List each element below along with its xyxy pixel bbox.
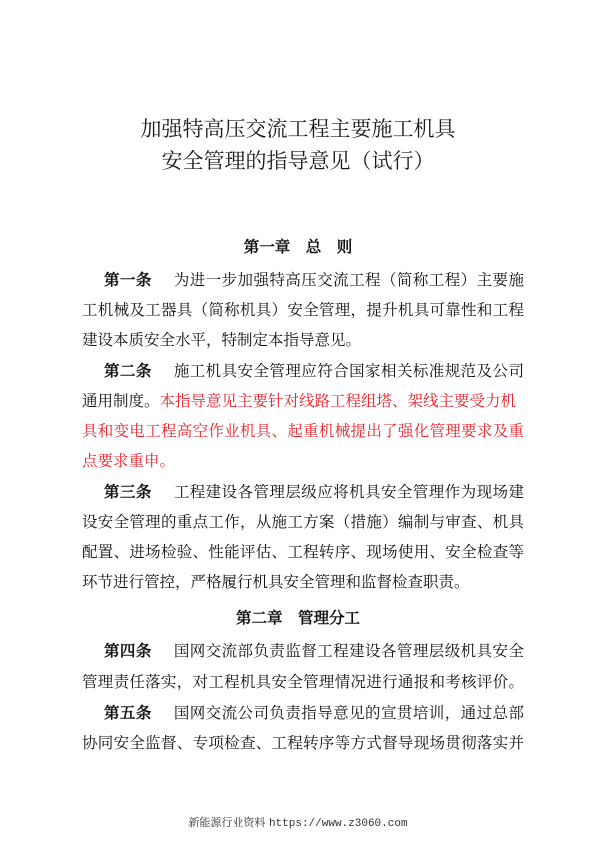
article-4-line-2: 管理责任落实，对工程机具安全管理情况进行通报和考核评价。 [82, 672, 524, 692]
article-3-line-2: 设安全管理的重点工作，从施工方案（措施）编制与审查、机具 [82, 512, 524, 532]
chapter-heading-2: 第二章 管理分工 [0, 606, 596, 628]
article-text: 为进一步加强特高压交流工程（简称工程）主要施 [174, 271, 524, 289]
article-text: 施工机具安全管理应符合国家相关标准规范及公司 [174, 362, 524, 380]
article-5-line-1: 第五条国网交流公司负责指导意见的宣贯培训，通过总部 [104, 703, 524, 723]
article-text: 国网交流公司负责指导意见的宣贯培训，通过总部 [174, 704, 524, 722]
footer-url-link[interactable]: https://www.z3060.com [269, 818, 408, 830]
article-4-line-1: 第四条国网交流部负责监督工程建设各管理层级机具安全 [104, 641, 524, 661]
article-3-line-1: 第三条工程建设各管理层级应将机具安全管理作为现场建 [104, 482, 524, 502]
footer-source: 新能源行业资料 [188, 816, 265, 829]
article-label: 第五条 [104, 704, 152, 722]
document-title-line-1: 加强特高压交流工程主要施工机具 [0, 113, 596, 143]
article-label: 第二条 [104, 362, 152, 380]
article-2-line-4-highlighted: 点要求重申。 [82, 451, 524, 471]
article-3-line-4: 环节进行管控，严格履行机具安全管理和监督检查职责。 [82, 572, 524, 592]
article-label: 第三条 [104, 483, 152, 501]
chapter-heading-1: 第一章 总 则 [0, 235, 596, 257]
article-1-line-3: 建设本质安全水平，特制定本指导意见。 [82, 330, 524, 350]
article-3-line-3: 配置、进场检验、性能评估、工程转序、现场使用、安全检查等 [82, 542, 524, 562]
footer-watermark: 新能源行业资料 https://www.z3060.com [0, 814, 596, 830]
article-1-line-2: 工机械及工器具（简称机具）安全管理，提升机具可靠性和工程 [82, 300, 524, 320]
article-text: 国网交流部负责监督工程建设各管理层级机具安全 [174, 642, 524, 660]
article-5-line-2: 协同安全监督、专项检查、工程转序等方式督导现场贯彻落实并 [82, 733, 524, 753]
article-text: 通用制度。 [82, 392, 160, 410]
article-2-line-1: 第二条施工机具安全管理应符合国家相关标准规范及公司 [104, 361, 524, 381]
article-2-line-3-highlighted: 具和变电工程高空作业机具、起重机械提出了强化管理要求及重 [82, 421, 524, 441]
article-label: 第四条 [104, 642, 152, 660]
article-text: 工程建设各管理层级应将机具安全管理作为现场建 [174, 483, 524, 501]
article-label: 第一条 [104, 271, 152, 289]
article-2-line-2: 通用制度。本指导意见主要针对线路工程组塔、架线主要受力机 [82, 391, 524, 411]
highlighted-text: 本指导意见主要针对线路工程组塔、架线主要受力机 [160, 392, 517, 410]
document-title-line-2: 安全管理的指导意见（试行） [0, 145, 596, 175]
article-1-line-1: 第一条为进一步加强特高压交流工程（简称工程）主要施 [104, 270, 524, 290]
